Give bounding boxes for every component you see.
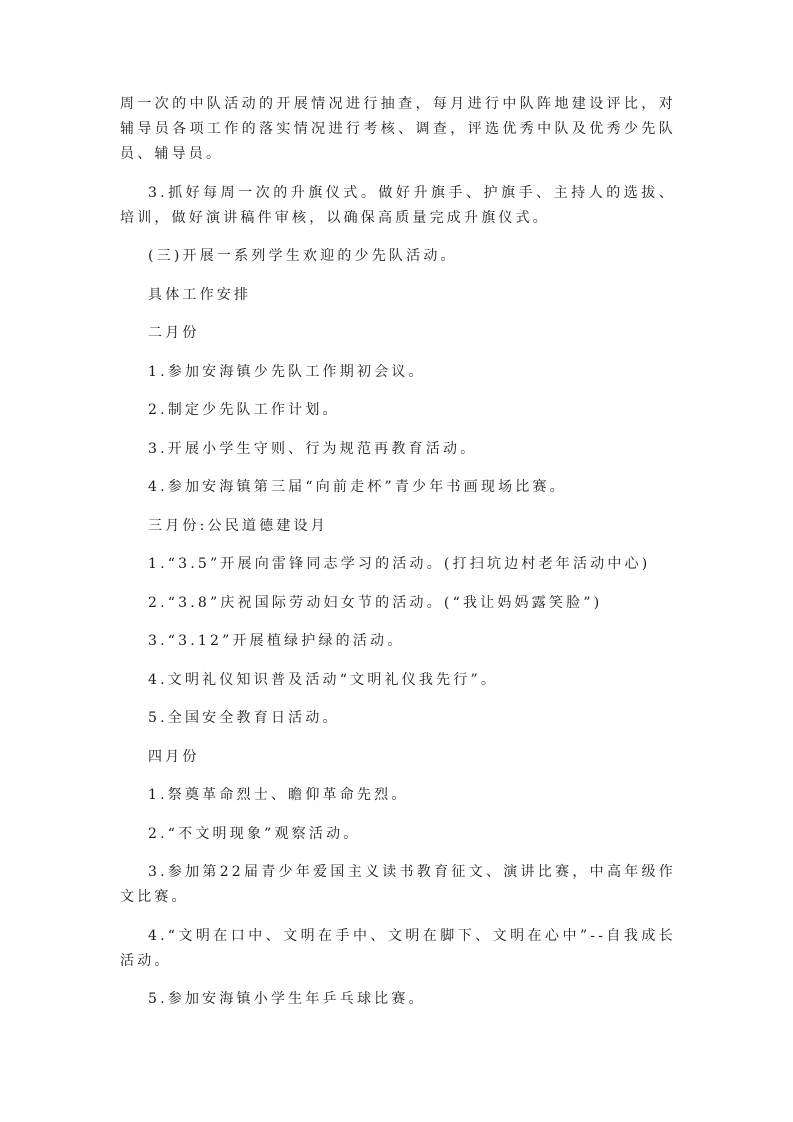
list-item-feb-3: 3.开展小学生守则、行为规范再教育活动。	[120, 437, 676, 462]
list-item-apr-3: 3.参加第22届青少年爱国主义读书教育征文、演讲比赛，中高年级作文比赛。	[120, 860, 676, 910]
section-heading-activities: (三)开展一系列学生欢迎的少先队活动。	[120, 244, 676, 269]
list-item-apr-4: 4.“文明在口中、文明在手中、文明在脚下、文明在心中”--自我成长活动。	[120, 924, 676, 974]
document-page: 周一次的中队活动的开展情况进行抽查，每月进行中队阵地建设评比，对辅导员各项工作的…	[120, 92, 676, 1026]
heading-february: 二月份	[120, 321, 676, 346]
list-item-mar-5: 5.全国安全教育日活动。	[120, 706, 676, 731]
list-item-apr-2: 2.“不文明现象”观察活动。	[120, 822, 676, 847]
list-item-mar-3: 3.“3.12”开展植绿护绿的活动。	[120, 629, 676, 654]
heading-work-schedule: 具体工作安排	[120, 283, 676, 308]
list-item-mar-1: 1.“3.5”开展向雷锋同志学习的活动。(打扫坑边村老年活动中心)	[120, 552, 676, 577]
paragraph-evaluation: 周一次的中队活动的开展情况进行抽查，每月进行中队阵地建设评比，对辅导员各项工作的…	[120, 92, 676, 167]
list-item-mar-4: 4.文明礼仪知识普及活动“文明礼仪我先行”。	[120, 668, 676, 693]
list-item-mar-2: 2.“3.8”庆祝国际劳动妇女节的活动。(“我让妈妈露笑脸”)	[120, 591, 676, 616]
list-item-feb-4: 4.参加安海镇第三届“向前走杯”青少年书画现场比赛。	[120, 475, 676, 500]
list-item-feb-1: 1.参加安海镇少先队工作期初会议。	[120, 360, 676, 385]
list-item-apr-1: 1.祭奠革命烈士、瞻仰革命先烈。	[120, 783, 676, 808]
heading-april: 四月份	[120, 745, 676, 770]
list-item-apr-5: 5.参加安海镇小学生年乒乓球比赛。	[120, 987, 676, 1012]
list-item-feb-2: 2.制定少先队工作计划。	[120, 398, 676, 423]
heading-march: 三月份:公民道德建设月	[120, 514, 676, 539]
paragraph-flag-ceremony: 3.抓好每周一次的升旗仪式。做好升旗手、护旗手、主持人的选拔、培训，做好演讲稿件…	[120, 181, 676, 231]
